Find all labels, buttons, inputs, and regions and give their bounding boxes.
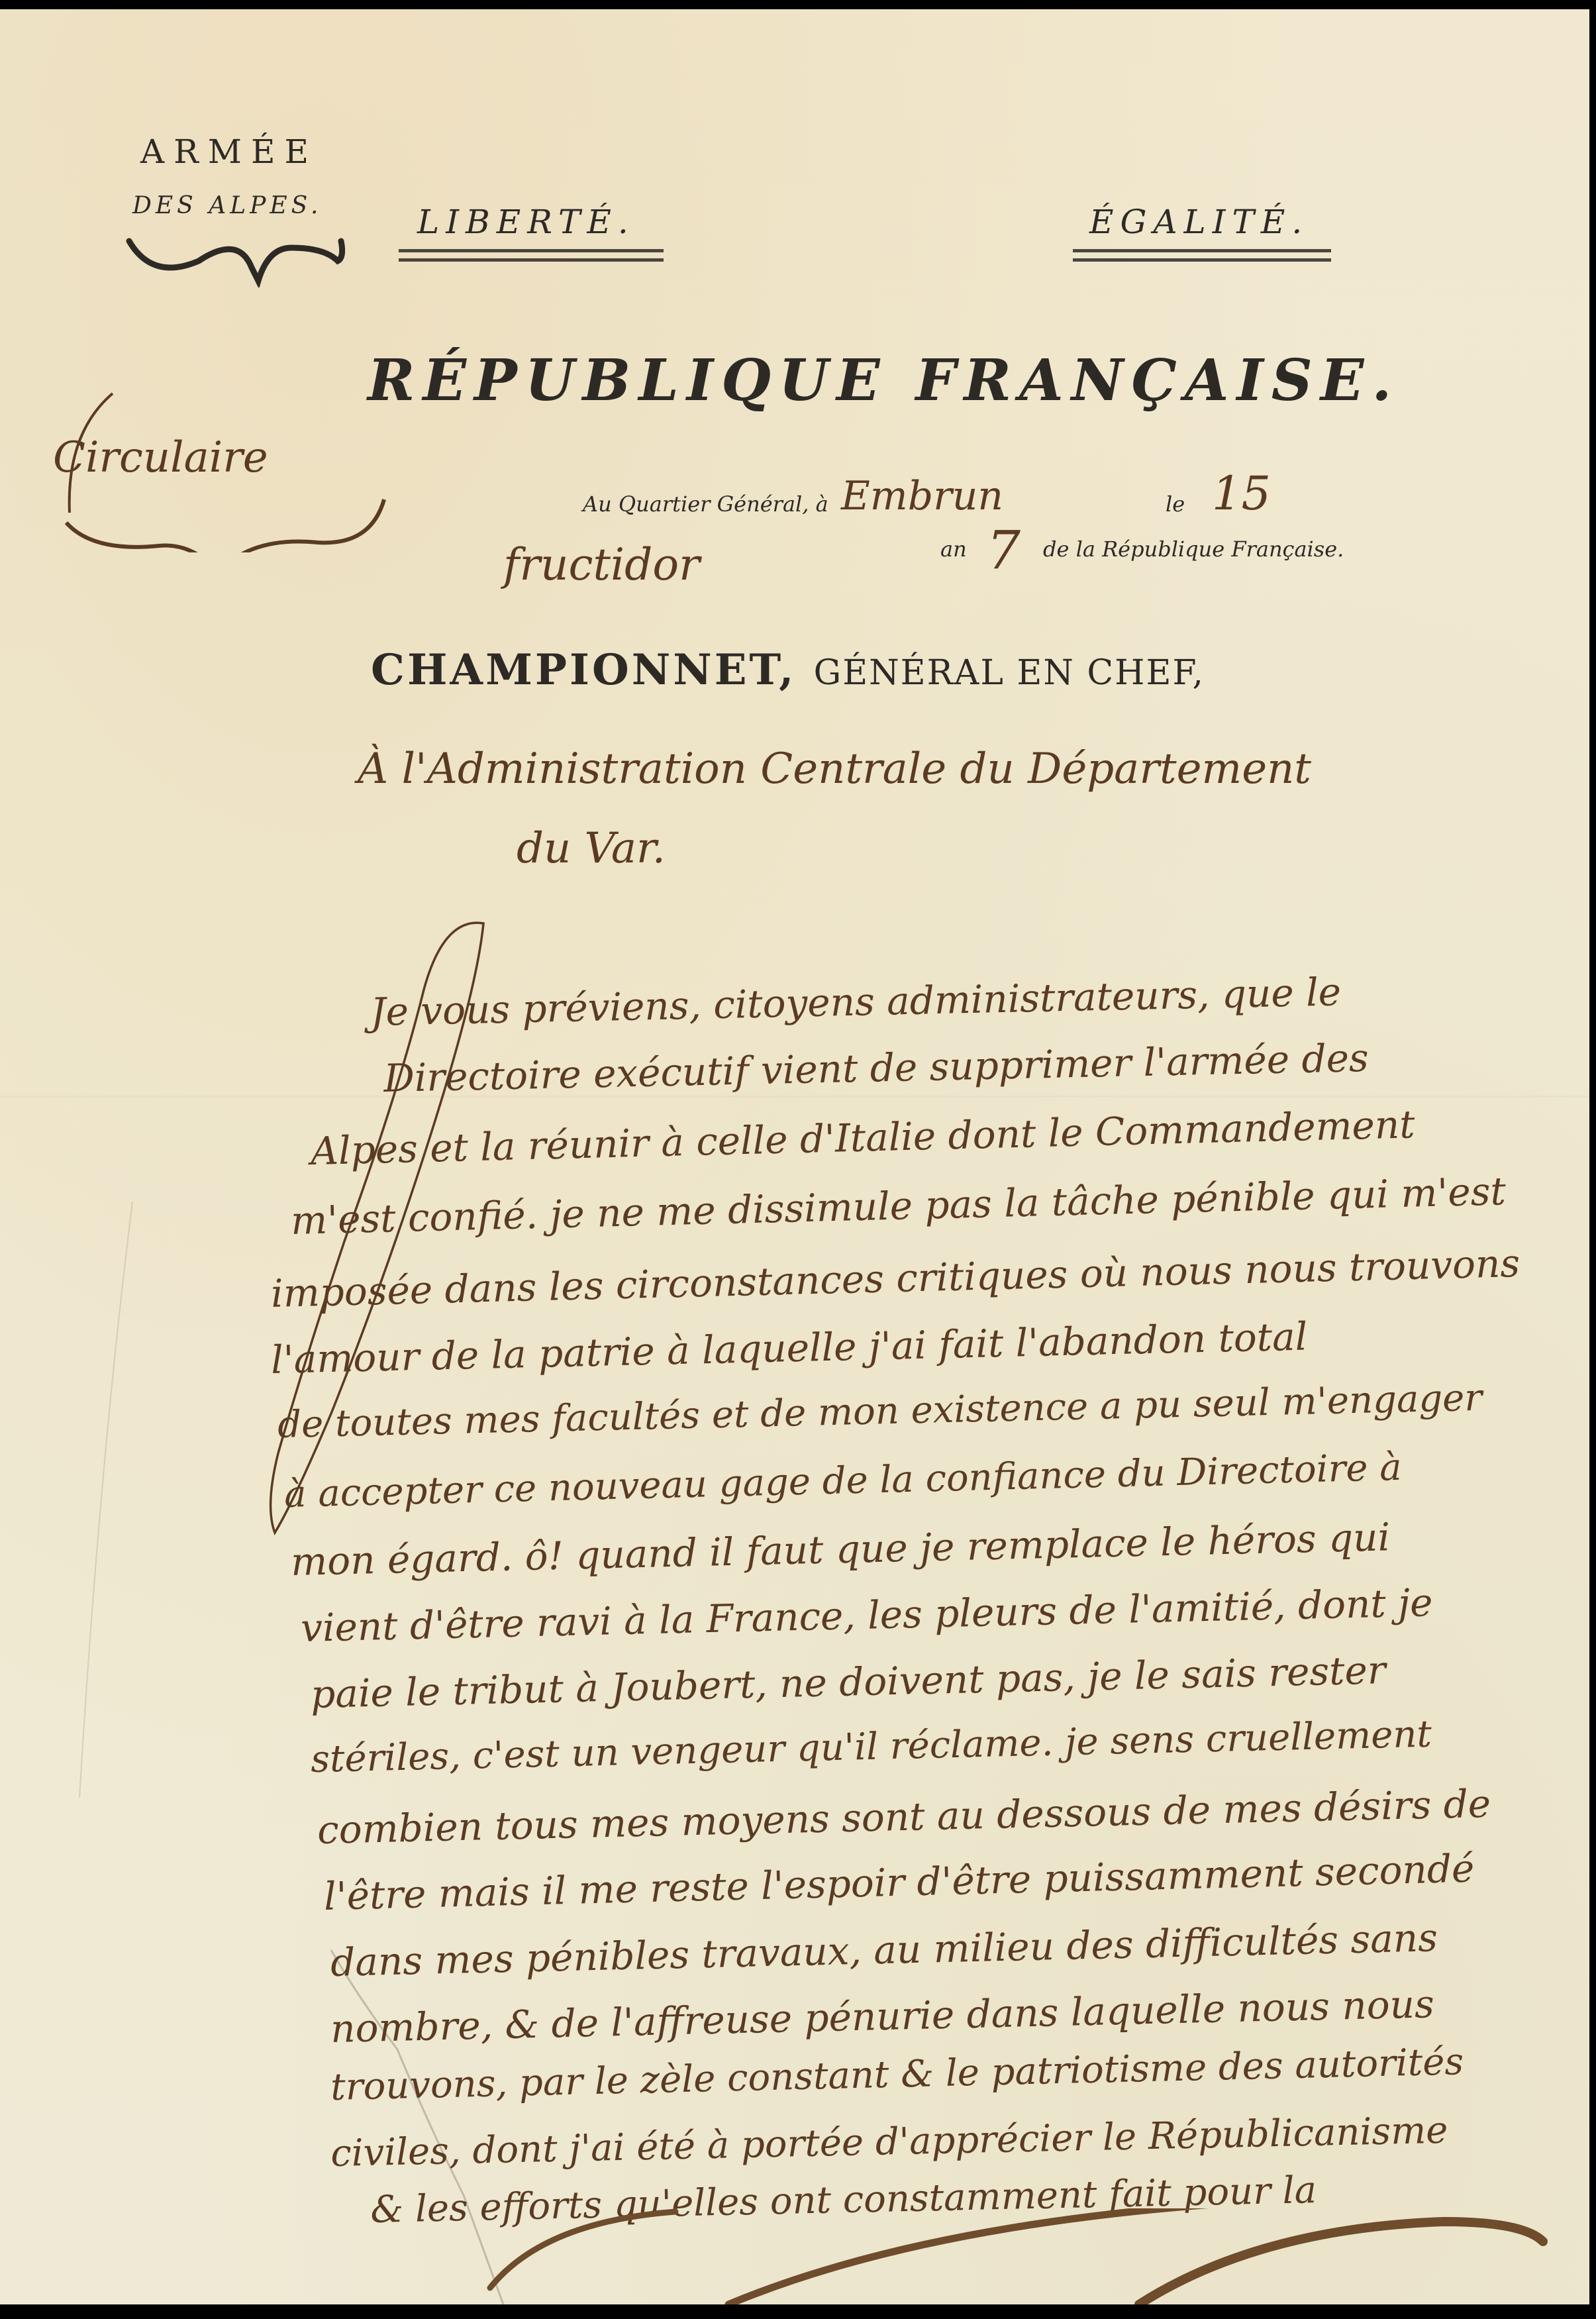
year-value: 7 bbox=[987, 519, 1021, 581]
day-label: le bbox=[1166, 491, 1185, 517]
motto-egalite: ÉGALITÉ. bbox=[1089, 203, 1309, 241]
army-label: ARMÉE bbox=[140, 132, 318, 171]
hq-place: Embrun bbox=[841, 473, 1003, 519]
motto-liberte: LIBERTÉ. bbox=[417, 203, 635, 241]
double-rule bbox=[399, 249, 664, 252]
margin-note-bracket bbox=[40, 380, 411, 552]
army-sublabel: DES ALPES. bbox=[132, 192, 322, 219]
bottom-flourish bbox=[0, 2208, 1589, 2304]
month-value: fructidor bbox=[503, 539, 700, 590]
year-label: an bbox=[940, 537, 967, 562]
republic-title: RÉPUBLIQUE FRANÇAISE. bbox=[368, 347, 1399, 414]
day-value: 15 bbox=[1212, 466, 1271, 521]
addressee-line-2: du Var. bbox=[517, 824, 666, 873]
double-rule bbox=[1073, 258, 1331, 262]
sender-name-text: CHAMPIONNET, bbox=[371, 645, 796, 695]
ornament-flourish bbox=[126, 221, 351, 287]
letter-page: ARMÉE DES ALPES. LIBERTÉ. ÉGALITÉ. RÉPUB… bbox=[0, 9, 1589, 2304]
sender-name: CHAMPIONNET, GÉNÉRAL EN CHEF, bbox=[371, 645, 1205, 695]
addressee-line-1: À l'Administration Centrale du Départeme… bbox=[358, 745, 1311, 794]
double-rule bbox=[399, 258, 664, 262]
double-rule bbox=[1073, 249, 1331, 252]
hq-label: Au Quartier Général, à bbox=[583, 491, 828, 517]
year-suffix: de la République Française. bbox=[1043, 537, 1344, 562]
sender-title: GÉNÉRAL EN CHEF, bbox=[814, 653, 1205, 693]
